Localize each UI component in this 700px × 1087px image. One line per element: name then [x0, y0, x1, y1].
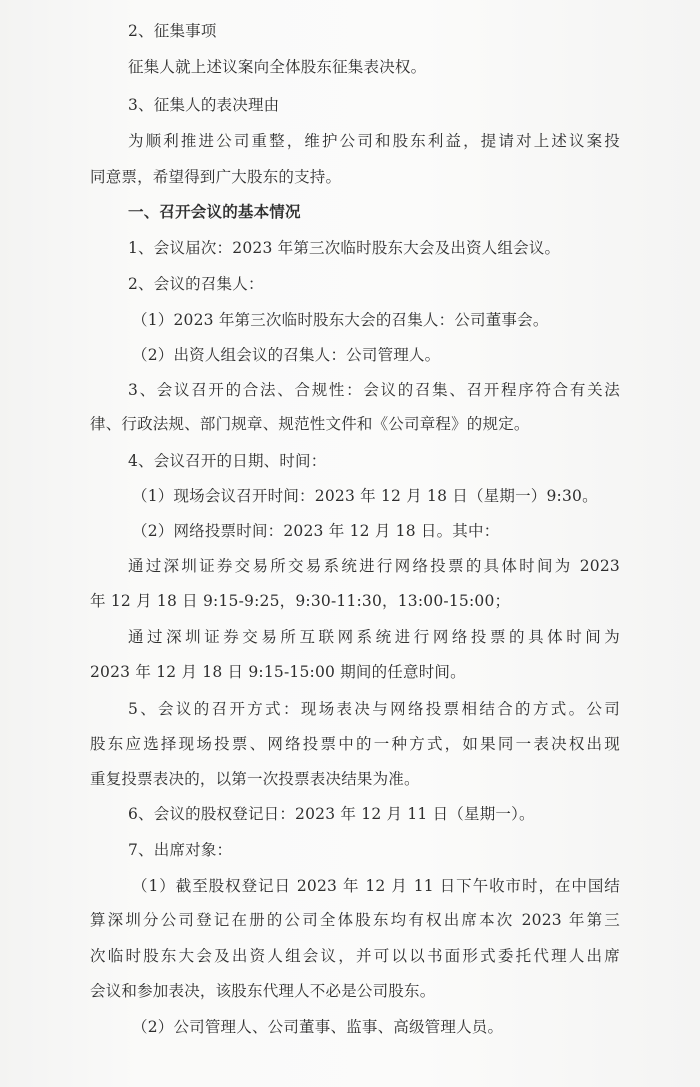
document-text-line: 重复投票表决的，以第一次投票表决结果为准。	[90, 769, 420, 789]
document-text-line: （1）2023 年第三次临时股东大会的召集人：公司董事会。	[132, 310, 549, 330]
document-text-line: 2、征集事项	[128, 21, 217, 41]
document-text-line: 通过深圳证券交易所互联网系统进行网络投票的具体时间为	[128, 627, 620, 647]
document-text-line: 为顺利推进公司重整，维护公司和股东利益，提请对上述议案投	[128, 131, 620, 151]
document-text-line: 2、会议的召集人：	[128, 274, 264, 294]
document-text-line: 通过深圳证券交易所交易系统进行网络投票的具体时间为 2023	[128, 556, 620, 576]
document-text-line: 年 12 月 18 日 9:15-9:25，9:30-11:30，13:00-1…	[90, 591, 510, 611]
document-text-line: 6、会议的股权登记日：2023 年 12 月 11 日（星期一）。	[128, 804, 535, 824]
document-text-line: 3、会议召开的合法、合规性：会议的召集、召开程序符合有关法	[128, 380, 620, 400]
document-text-line: 1、会议届次：2023 年第三次临时股东大会及出资人组会议。	[128, 238, 560, 258]
document-text-line: 律、行政法规、部门规章、规范性文件和《公司章程》的规定。	[90, 414, 530, 434]
document-text-line: 7、出席对象：	[128, 840, 232, 860]
document-text-line: （2）出资人组会议的召集人：公司管理人。	[132, 345, 440, 365]
document-text-line: （2）公司管理人、公司董事、监事、高级管理人员。	[132, 1017, 503, 1037]
document-text-line: （2）网络投票时间：2023 年 12 月 18 日。其中：	[132, 521, 499, 541]
document-text-line: 算深圳分公司登记在册的公司全体股东均有权出席本次 2023 年第三	[90, 910, 620, 930]
document-text-line: 股东应选择现场投票、网络投票中的一种方式，如果同一表决权出现	[90, 734, 620, 754]
document-text-line: 4、会议召开的日期、时间：	[128, 451, 326, 471]
document-text-line: 3、征集人的表决理由	[128, 95, 279, 115]
document-text-line: （1）现场会议召开时间：2023 年 12 月 18 日（星期一）9:30。	[132, 486, 598, 506]
section-heading: 一、召开会议的基本情况	[128, 202, 301, 222]
document-text-line: 同意票，希望得到广大股东的支持。	[90, 167, 341, 187]
document-text-line: （1）截至股权登记日 2023 年 12 月 11 日下午收市时，在中国结	[132, 876, 620, 896]
document-text-line: 会议和参加表决，该股东代理人不必是公司股东。	[90, 981, 435, 1001]
document-text-line: 2023 年 12 月 18 日 9:15-15:00 期间的任意时间。	[90, 662, 466, 682]
document-text-line: 次临时股东大会及出资人组会议，并可以以书面形式委托代理人出席	[90, 946, 620, 966]
document-page: 2、征集事项征集人就上述议案向全体股东征集表决权。3、征集人的表决理由为顺利推进…	[0, 0, 700, 1087]
document-text-line: 征集人就上述议案向全体股东征集表决权。	[128, 57, 426, 77]
document-text-line: 5、会议的召开方式：现场表决与网络投票相结合的方式。公司	[128, 699, 620, 719]
